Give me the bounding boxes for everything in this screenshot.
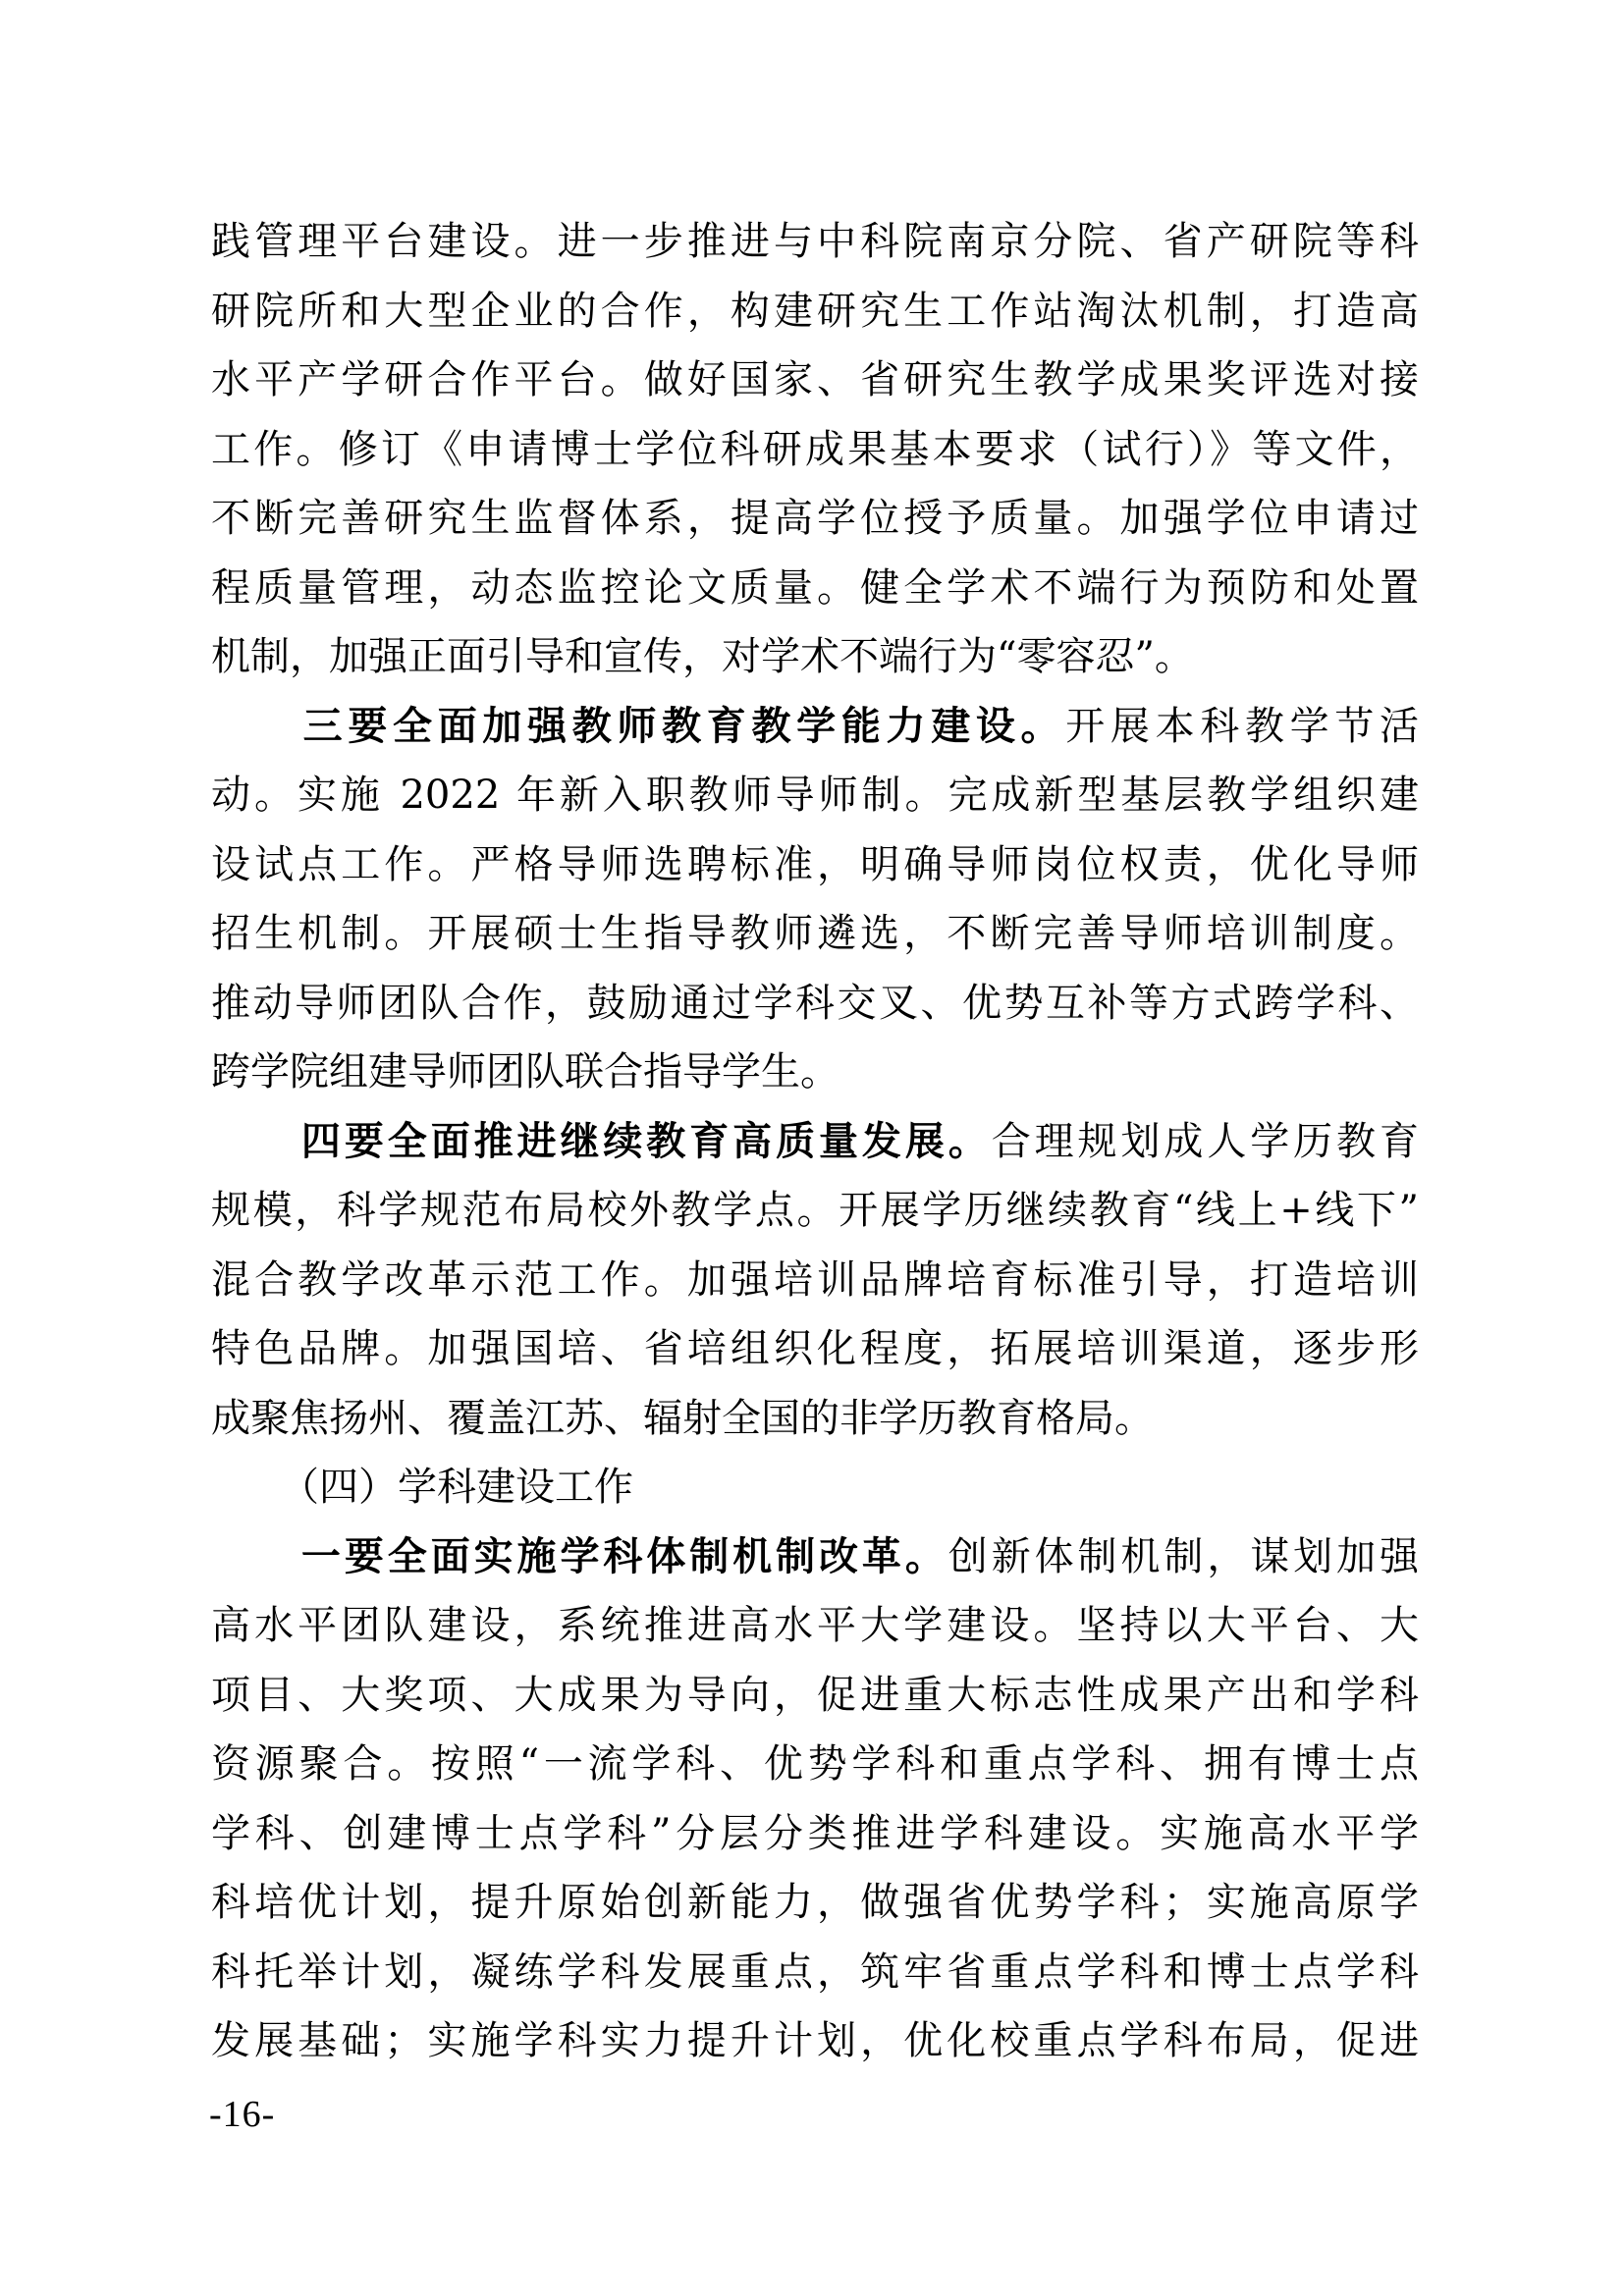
paragraph-discipline-reform: 一要全面实施学科体制机制改革。创新体制机制，谋划加强 高水平团队建设，系统推进高… <box>211 1531 1419 2085</box>
paragraph-teacher-capacity: 三要全面加强教师教育教学能力建设。开展本科教学节活 动。实施 2022 年新入职… <box>211 701 1419 1116</box>
text-line: 特色品牌。加强国培、省培组织化程度，拓展培训渠道，逐步形 <box>211 1323 1419 1393</box>
text-span: 开展本科教学节活 <box>1065 704 1419 749</box>
document-page: 践管理平台建设。进一步推进与中科院南京分院、省产研院等科 研院所和大型企业的合作… <box>0 0 1624 2296</box>
section-heading: （四）学科建设工作 <box>211 1462 1419 1531</box>
text-line: 水平产学研合作平台。做好国家、省研究生教学成果奖评选对接 <box>211 354 1419 424</box>
page-number: -16- <box>209 2093 275 2136</box>
text-span: 创新体制机制，谋划加强 <box>948 1534 1419 1579</box>
text-line: 程质量管理，动态监控论文质量。健全学术不端行为预防和处置 <box>211 562 1419 632</box>
paragraph-lead-heading: 四要全面推进继续教育高质量发展。 <box>298 1119 992 1164</box>
text-line: 推动导师团队合作，鼓励通过学科交叉、优势互补等方式跨学科、 <box>211 978 1419 1047</box>
text-line: 机制，加强正面引导和宣传，对学术不端行为“零容忍”。 <box>211 631 1419 701</box>
paragraph-lead-heading: 一要全面实施学科体制机制改革。 <box>298 1534 948 1579</box>
text-line: 资源聚合。按照“一流学科、优势学科和重点学科、拥有博士点 <box>211 1738 1419 1808</box>
text-line: 成聚焦扬州、覆盖江苏、辐射全国的非学历教育格局。 <box>211 1393 1419 1463</box>
paragraph-continuing-education: 四要全面推进继续教育高质量发展。合理规划成人学历教育 规模，科学规范布局校外教学… <box>211 1116 1419 1463</box>
text-line: 混合教学改革示范工作。加强培训品牌培育标准引导，打造培训 <box>211 1255 1419 1324</box>
text-line: 发展基础；实施学科实力提升计划，优化校重点学科布局，促进 <box>211 2015 1419 2085</box>
text-line: 学科、创建博士点学科”分层分类推进学科建设。实施高水平学 <box>211 1808 1419 1878</box>
paragraph-lead-heading: 三要全面加强教师教育教学能力建设。 <box>298 704 1065 749</box>
text-line-first: 一要全面实施学科体制机制改革。创新体制机制，谋划加强 <box>211 1531 1419 1601</box>
text-line-first: 四要全面推进继续教育高质量发展。合理规划成人学历教育 <box>211 1116 1419 1186</box>
text-span: 合理规划成人学历教育 <box>992 1119 1419 1164</box>
paragraph-continuation: 践管理平台建设。进一步推进与中科院南京分院、省产研院等科 研院所和大型企业的合作… <box>211 216 1419 701</box>
text-line: 科托举计划，凝练学科发展重点，筑牢省重点学科和博士点学科 <box>211 1947 1419 2016</box>
text-line: 招生机制。开展硕士生指导教师遴选，不断完善导师培训制度。 <box>211 908 1419 978</box>
section-heading-text: （四）学科建设工作 <box>280 1465 633 1510</box>
text-line: 跨学院组建导师团队联合指导学生。 <box>211 1046 1419 1116</box>
text-line: 设试点工作。严格导师选聘标准，明确导师岗位权责，优化导师 <box>211 839 1419 909</box>
text-line: 科培优计划，提升原始创新能力，做强省优势学科；实施高原学 <box>211 1877 1419 1947</box>
text-line-first: 三要全面加强教师教育教学能力建设。开展本科教学节活 <box>211 701 1419 771</box>
text-line: 研院所和大型企业的合作，构建研究生工作站淘汰机制，打造高 <box>211 286 1419 355</box>
text-line: 项目、大奖项、大成果为导向，促进重大标志性成果产出和学科 <box>211 1670 1419 1739</box>
text-line: 高水平团队建设，系统推进高水平大学建设。坚持以大平台、大 <box>211 1600 1419 1670</box>
text-line: 动。实施 2022 年新入职教师导师制。完成新型基层教学组织建 <box>211 770 1419 839</box>
document-body: 践管理平台建设。进一步推进与中科院南京分院、省产研院等科 研院所和大型企业的合作… <box>211 216 1419 2085</box>
text-line: 践管理平台建设。进一步推进与中科院南京分院、省产研院等科 <box>211 216 1419 286</box>
text-line: 规模，科学规范布局校外教学点。开展学历继续教育“线上+线下” <box>211 1185 1419 1255</box>
text-line: 工作。修订《申请博士学位科研成果基本要求（试行）》等文件， <box>211 424 1419 494</box>
text-line: 不断完善研究生监督体系，提高学位授予质量。加强学位申请过 <box>211 493 1419 562</box>
